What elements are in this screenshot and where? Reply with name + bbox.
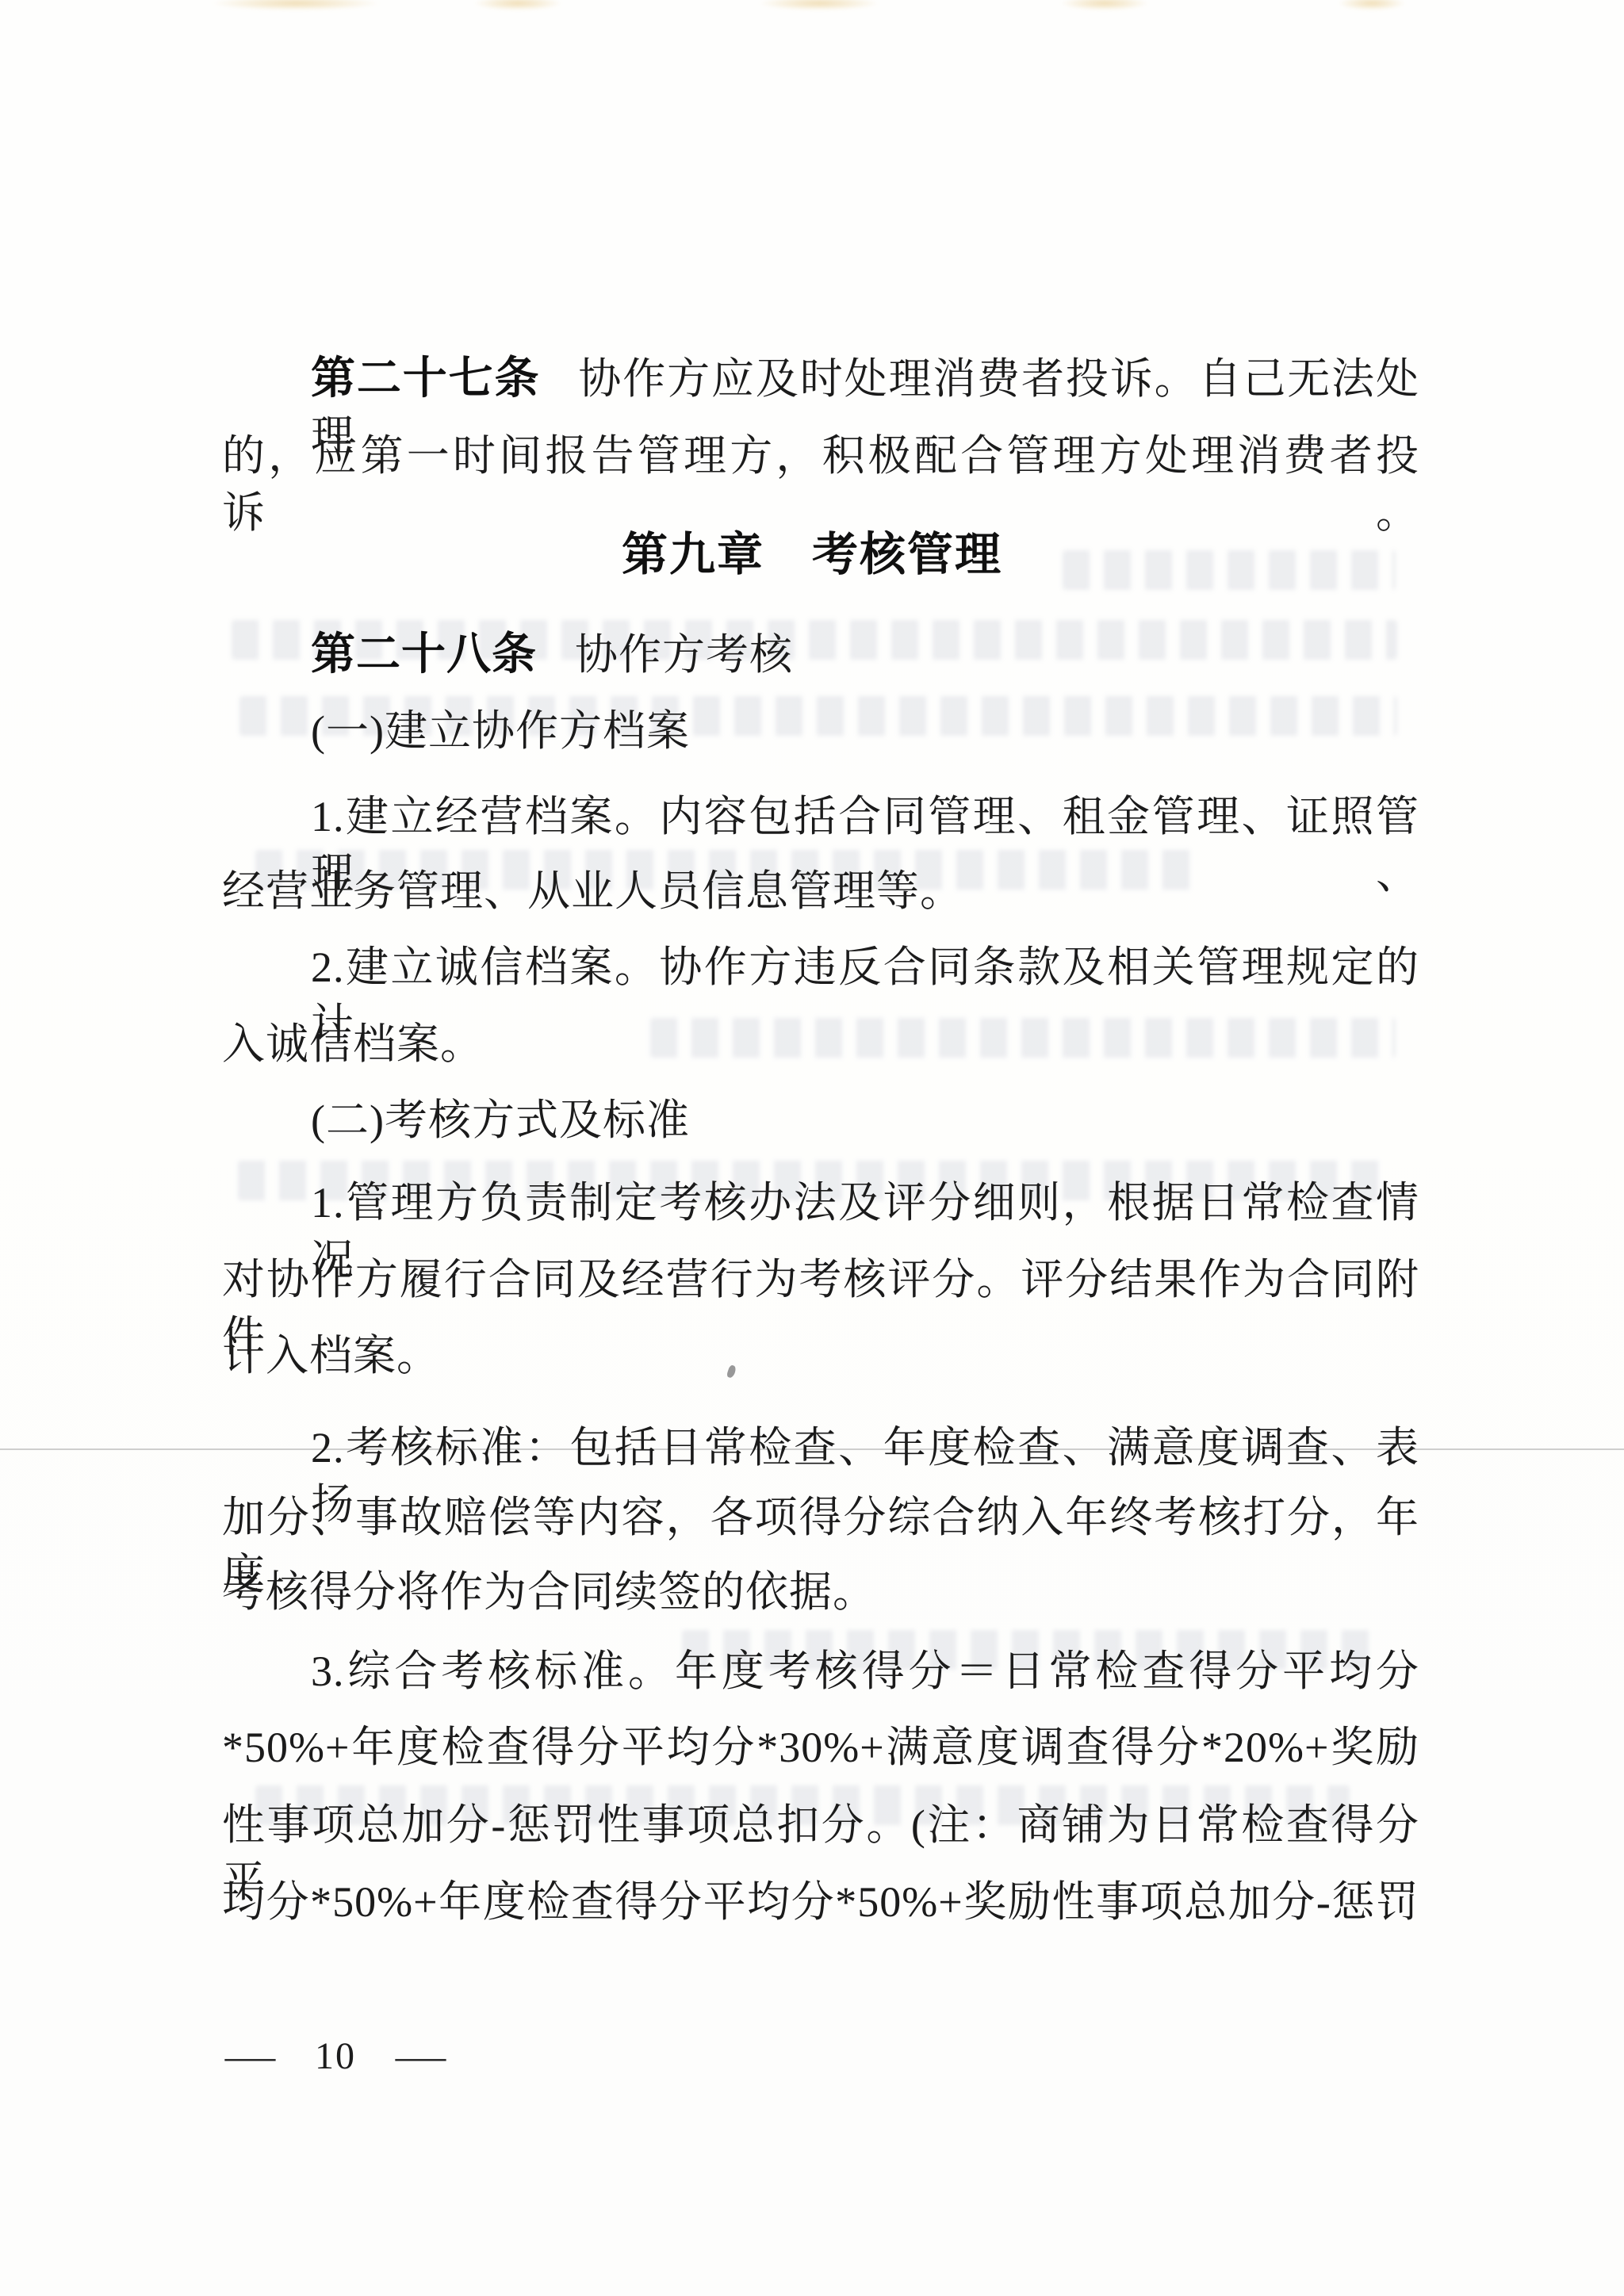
item-2-1-line-3: 计入档案。 [222, 1327, 440, 1384]
footer-dash-right: — [396, 2035, 446, 2078]
item-2-3-line-2: *50%+年度检查得分平均分*30%+满意度调查得分*20%+奖励 [222, 1719, 1419, 1776]
ink-speck [726, 1364, 737, 1379]
page-number: 10 [315, 2034, 356, 2078]
section-1-heading: (一)建立协作方档案 [311, 702, 690, 760]
section-2-heading: (二)考核方式及标准 [311, 1092, 690, 1149]
item-2-3-line-1: 3.综合考核标准。年度考核得分＝日常检查得分平均分 [311, 1643, 1419, 1700]
item-2-2-line-3: 考核得分将作为合同续签的依据。 [222, 1563, 876, 1621]
article-28-number: 第二十八条 [311, 630, 537, 679]
page-footer: — 10 — [232, 2034, 439, 2078]
scan-smudge-top [760, 0, 879, 10]
article-28-text: 协作方考核 [575, 631, 793, 679]
footer-dash-left: — [225, 2035, 275, 2078]
article-28-line: 第二十八条协作方考核 [311, 626, 793, 683]
document-page: 第二十七条协作方应及时处理消费者投诉。自己无法处理 的，应第一时间报告管理方，积… [0, 0, 1624, 2296]
chapter-heading: 第九章 考核管理 [0, 526, 1624, 584]
scan-smudge-top [1061, 0, 1148, 10]
scan-smudge-top [213, 0, 379, 10]
article-27-number: 第二十七条 [311, 354, 540, 404]
scan-smudge-top [1339, 0, 1405, 10]
item-1-1-line-2: 经营业务管理、从业人员信息管理等。 [222, 863, 963, 920]
article-27-line-2: 的，应第一时间报告管理方，积极配合管理方处理消费者投诉。 [222, 427, 1419, 541]
item-1-2-line-2: 入诚信档案。 [222, 1016, 484, 1073]
item-2-3-line-4: 均分*50%+年度检查得分平均分*50%+奖励性事项总加分-惩罚 [222, 1873, 1419, 1931]
scan-smudge-top [474, 0, 561, 10]
